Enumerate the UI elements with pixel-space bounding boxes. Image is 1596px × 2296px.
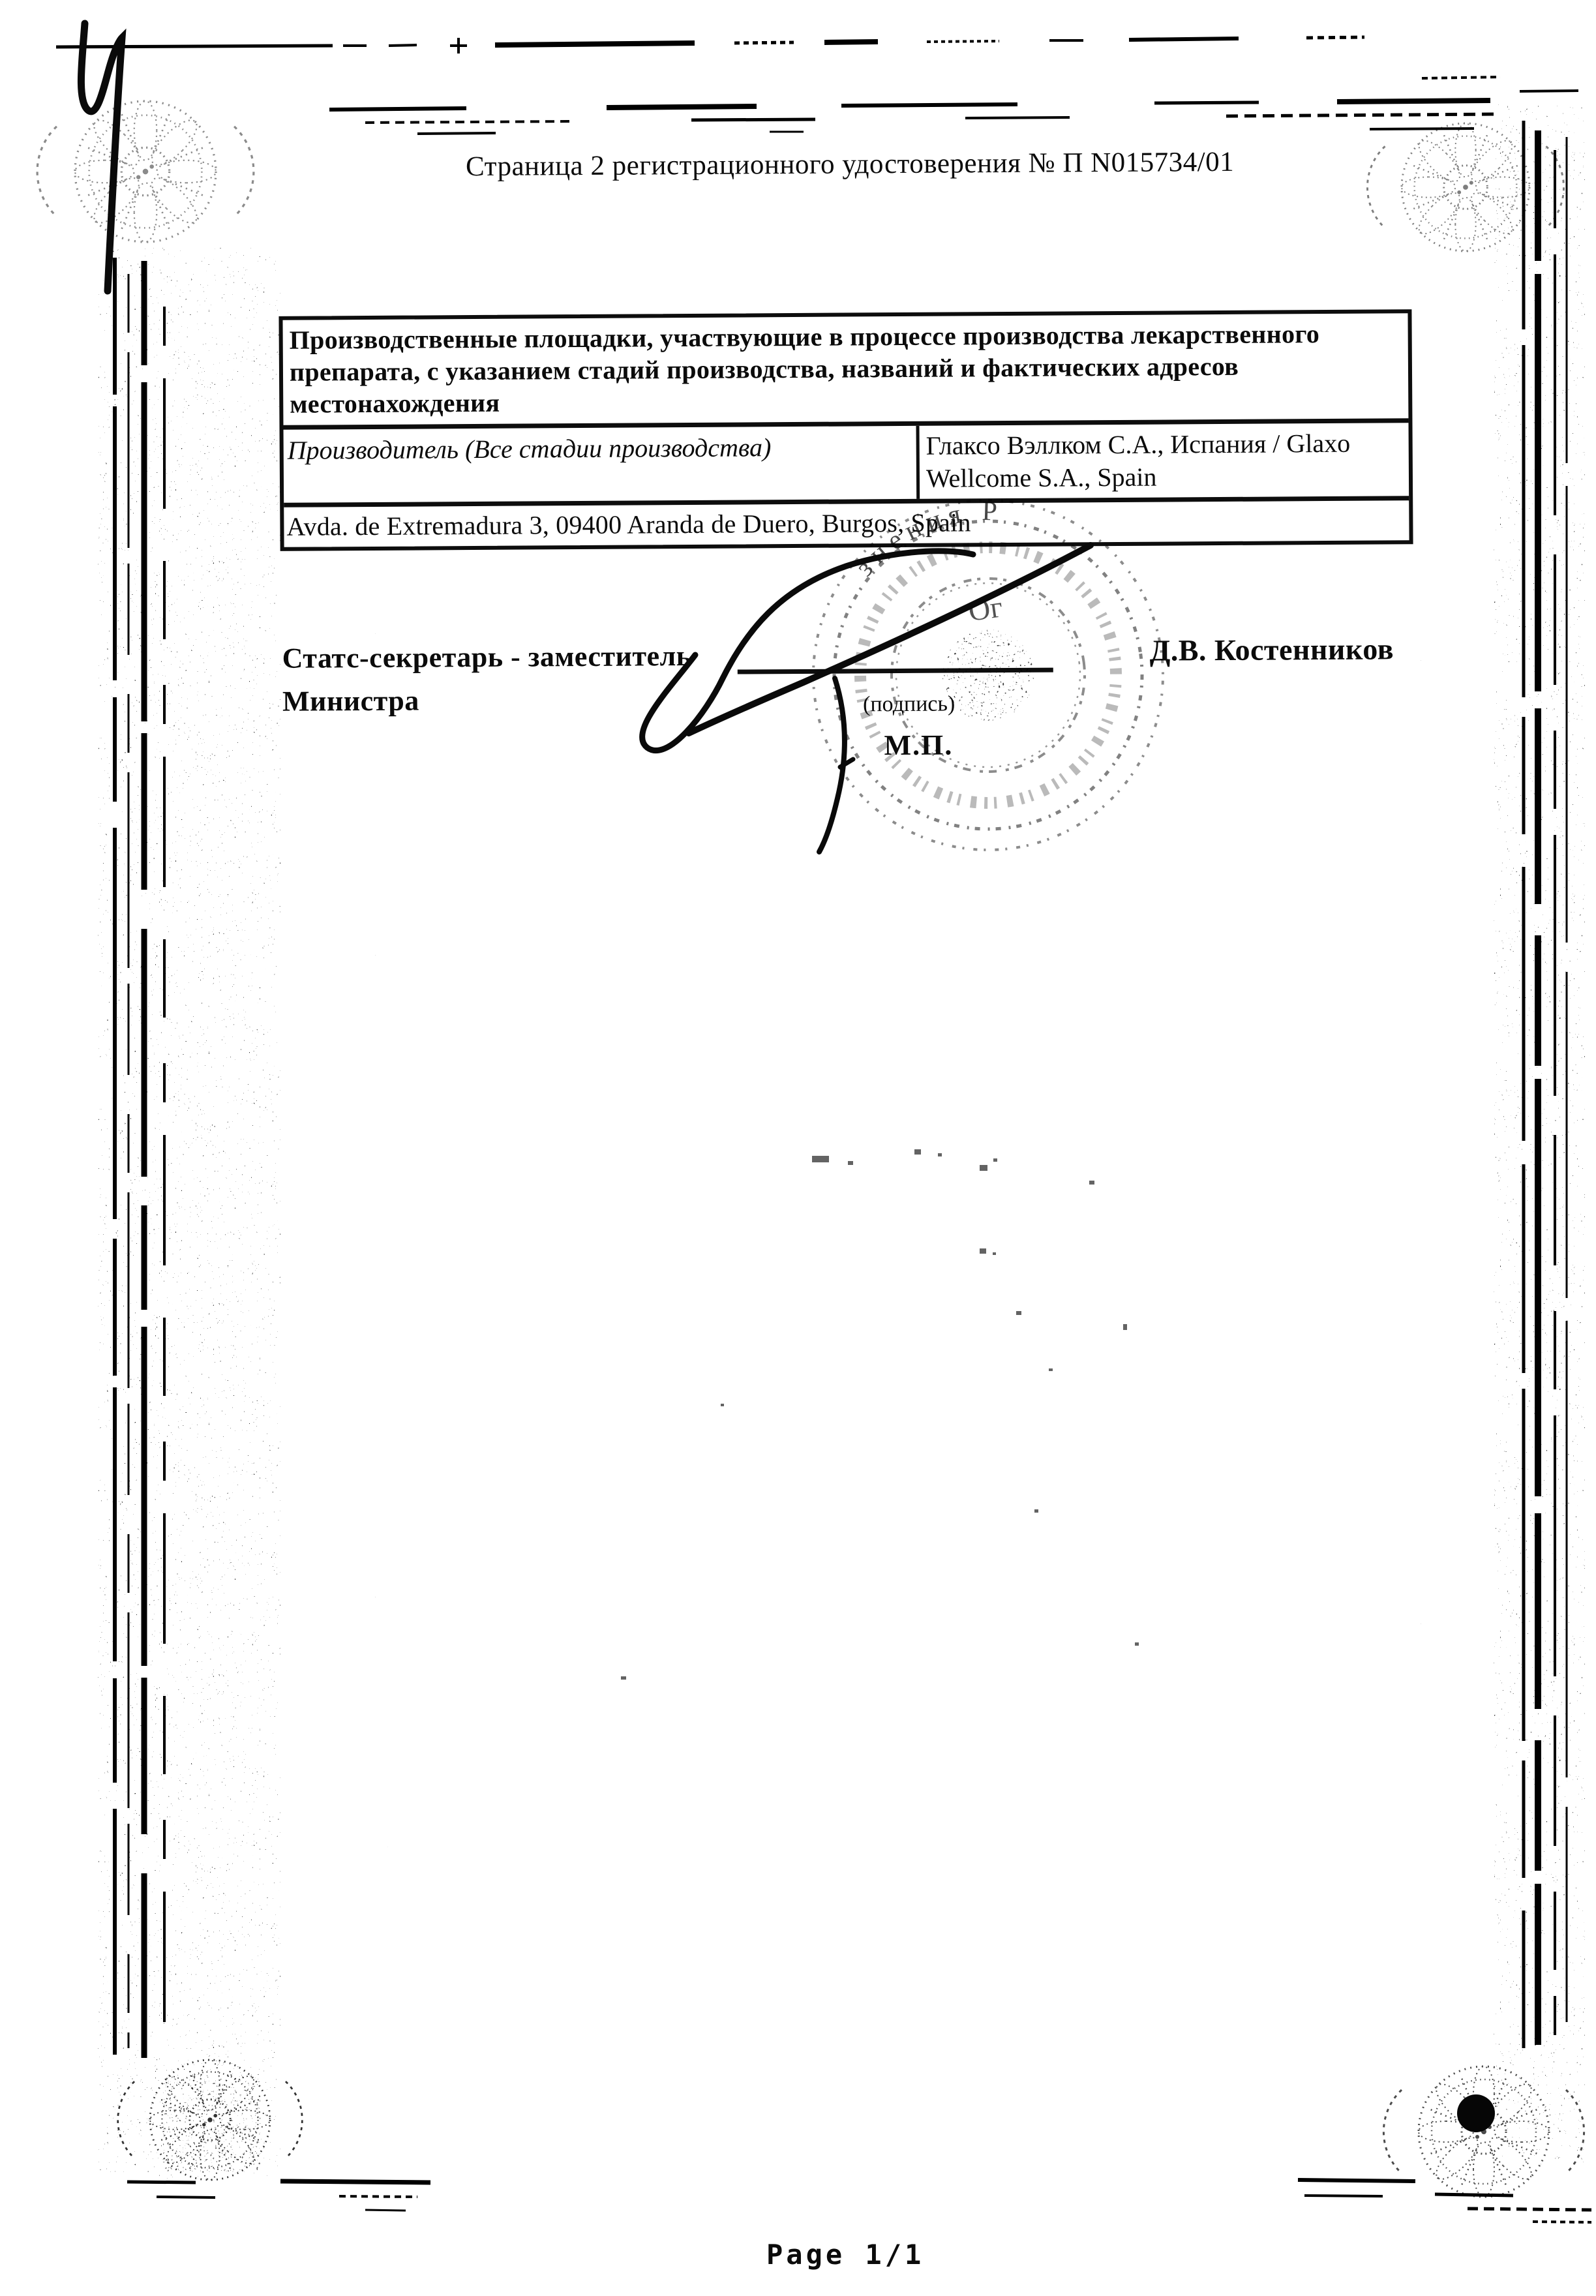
stamp-arc-text: знения Р xyxy=(843,492,1013,585)
scanned-certificate-page: Страница 2 регистрационного удостоверени… xyxy=(0,0,1596,2296)
stamp-and-signature-overlay: знения Р Ог xyxy=(0,0,1596,2296)
svg-text:знения Р: знения Р xyxy=(843,492,1013,585)
official-round-stamp: знения Р Ог xyxy=(790,474,1185,873)
